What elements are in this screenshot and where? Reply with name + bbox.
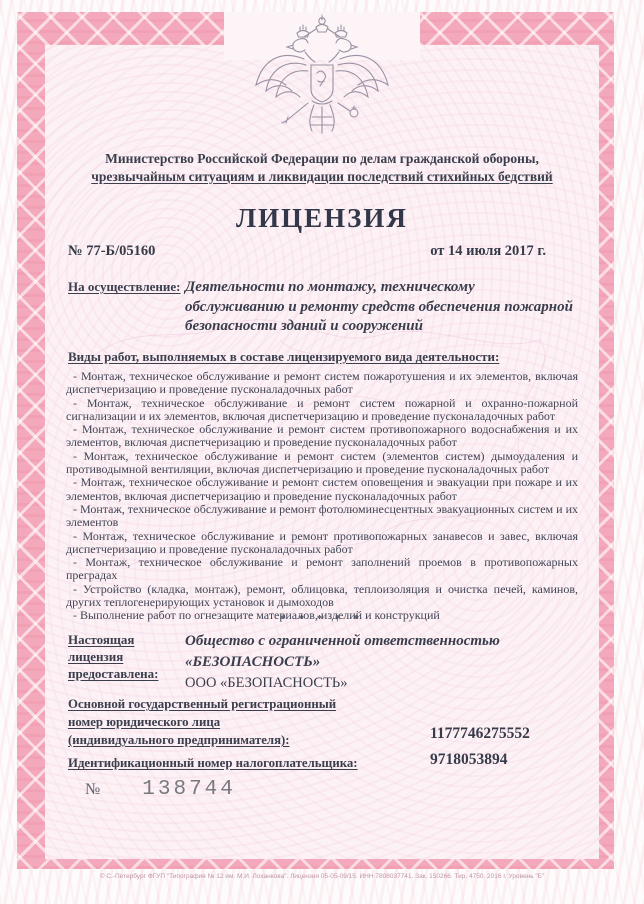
grantee-label-line1: Настоящая лицензия: [68, 632, 134, 664]
works-item: - Монтаж, техническое обслуживание и рем…: [66, 476, 578, 503]
ministry-name: Министерство Российской Федерации по дел…: [62, 150, 582, 185]
ogrn-label-line3: (индивидуального предпринимателя):: [68, 733, 290, 747]
works-item: - Устройство (кладка, монтаж), ремонт, о…: [66, 583, 578, 610]
works-item: - Монтаж, техническое обслуживание и рем…: [66, 370, 578, 397]
works-item: - Монтаж, техническое обслуживание и рем…: [66, 423, 578, 450]
works-heading: Виды работ, выполняемых в составе лиценз…: [68, 349, 499, 365]
works-item: - Монтаж, техническое обслуживание и рем…: [66, 397, 578, 424]
license-number: № 77-Б/05160: [68, 243, 155, 260]
ministry-line1: Министерство Российской Федерации по дел…: [62, 150, 582, 168]
ogrn-value: 1177746275552: [430, 725, 530, 743]
inn-value: 9718053894: [430, 751, 508, 769]
grantee-name-line2: «БЕЗОПАСНОСТЬ»: [185, 652, 500, 673]
works-list: - Монтаж, техническое обслуживание и рем…: [66, 370, 578, 623]
works-item: - Монтаж, техническое обслуживание и рем…: [66, 503, 578, 530]
activity-label: На осуществление:: [68, 279, 181, 294]
grantee-short-name: ООО «БЕЗОПАСНОСТЬ»: [185, 673, 500, 694]
license-number-row: № 77-Б/05160 от 14 июля 2017 г.: [68, 243, 546, 260]
license-document: Министерство Российской Федерации по дел…: [0, 0, 644, 904]
works-item: - Монтаж, техническое обслуживание и рем…: [66, 530, 578, 557]
ministry-line2: чрезвычайным ситуациям и ликвидации посл…: [62, 168, 582, 186]
separator-stars: * * * * *: [0, 613, 644, 625]
inn-label: Идентификационный номер налогоплательщик…: [68, 756, 358, 770]
activity-text: Деятельности по монтажу, техническому об…: [185, 278, 573, 337]
ogrn-label-line1: Основной государственный регистрационный: [68, 697, 336, 711]
grantee-label-line2: предоставлена:: [68, 666, 158, 681]
serial-number: 138744: [142, 778, 236, 801]
grantee-name-line1: Общество с ограниченной ответственностью: [185, 631, 500, 652]
issue-date: от 14 июля 2017 г.: [430, 243, 546, 260]
russia-coat-of-arms-icon: [242, 13, 402, 139]
works-item: - Монтаж, техническое обслуживание и рем…: [66, 556, 578, 583]
works-item: - Монтаж, техническое обслуживание и рем…: [66, 450, 578, 477]
printing-house-imprint: © С.-Петербург ФГУП "Типография № 12 им.…: [0, 873, 644, 880]
ogrn-label-line2: номер юридического лица: [68, 715, 220, 729]
document-title: ЛИЦЕНЗИЯ: [0, 203, 644, 234]
activity-section: На осуществление: Деятельности по монтаж…: [68, 278, 573, 337]
inn-section: Идентификационный номер налогоплательщик…: [68, 754, 573, 772]
blank-serial: № 138744: [85, 778, 236, 801]
ogrn-section: Основной государственный регистрационный…: [68, 695, 573, 749]
serial-prefix: №: [85, 781, 100, 799]
grantee-section: Настоящая лицензия предоставлена: Общест…: [68, 631, 573, 694]
